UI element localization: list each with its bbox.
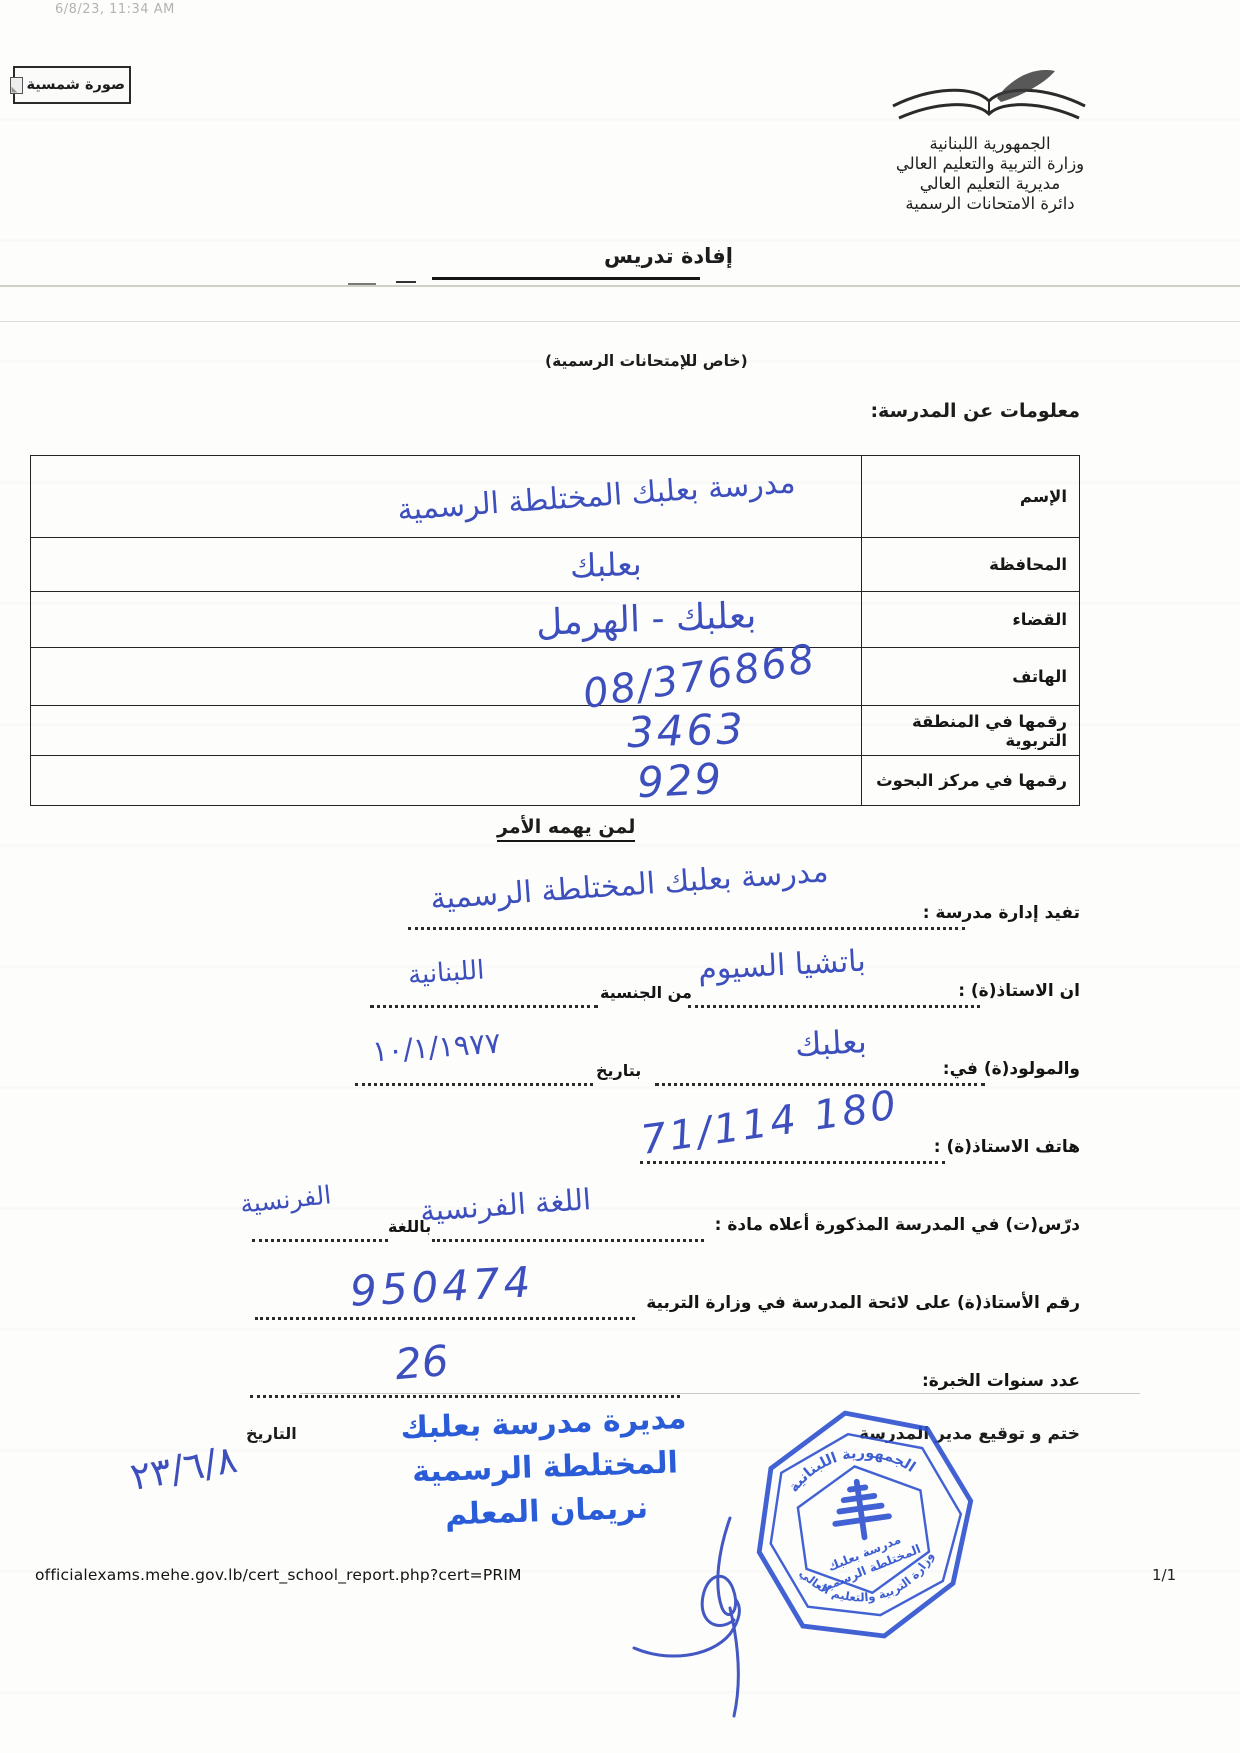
school-info-table: الإسم مدرسة بعلبك المختلطة الرسمية المحا… <box>30 455 1080 806</box>
row-value: 3463 <box>31 706 862 756</box>
handwritten-teacher-name: باتشيا السيوم <box>697 944 866 988</box>
row-value: مدرسة بعلبك المختلطة الرسمية <box>31 456 862 538</box>
handwritten-teacher-number: 950474 <box>349 1257 536 1316</box>
open-book-logo-icon <box>883 70 1098 130</box>
ministry-line: دائرة الامتحانات الرسمية <box>870 194 1110 214</box>
handwritten-value: بعلبك <box>570 544 643 584</box>
row-label: الهاتف <box>862 648 1080 706</box>
table-row: الهاتف 08/376868 <box>31 648 1080 706</box>
row-label: رقمها في مركز البحوث <box>862 756 1080 806</box>
form-label: هاتف الاستاذ(ة) : <box>934 1137 1080 1157</box>
dotted-line <box>355 1082 593 1086</box>
principal-signature <box>618 1512 793 1722</box>
scan-artifact-line <box>0 285 1240 287</box>
school-info-heading: معلومات عن المدرسة: <box>870 400 1080 422</box>
handwritten-subject: اللغة الفرنسية <box>419 1182 592 1228</box>
dotted-line <box>640 1160 945 1164</box>
title-dash <box>396 281 416 283</box>
dotted-line <box>252 1238 388 1242</box>
dotted-line <box>655 1082 985 1086</box>
handwritten-value: مدرسة بعلبك المختلطة الرسمية <box>396 465 796 528</box>
row-value: 929 <box>31 756 862 806</box>
dotted-line <box>688 1004 980 1008</box>
form-mid-label: من الجنسية <box>600 983 692 1002</box>
form-label: درّس(ت) في المدرسة المذكورة أعلاه مادة : <box>715 1215 1080 1235</box>
row-value: بعلبك <box>31 538 862 592</box>
row-label: القضاء <box>862 592 1080 648</box>
dotted-line <box>408 926 965 930</box>
handwritten-teacher-phone: 71/114 180 <box>638 1082 902 1164</box>
form-label: رقم الأستاذ(ة) على لائحة المدرسة في وزار… <box>646 1293 1080 1313</box>
form-label: تفيد إدارة مدرسة : <box>923 903 1080 923</box>
broken-image-icon <box>10 77 23 94</box>
handwritten-language: الفرنسية <box>239 1180 333 1218</box>
ministry-line: مديرية التعليم العالي <box>870 174 1110 194</box>
page-number: 1/1 <box>1152 1566 1176 1584</box>
to-whom-heading: لمن يهمه الأمر <box>497 816 635 842</box>
ministry-line: الجمهورية اللبنانية <box>870 134 1110 154</box>
document-subtitle: (خاص للإمتحانات الرسمية) <box>545 352 748 370</box>
dotted-line <box>432 1238 704 1242</box>
row-label: المحافظة <box>862 538 1080 592</box>
document-title: إفادة تدريس <box>604 244 733 268</box>
row-value: بعلبك - الهرمل <box>31 592 862 648</box>
handwritten-value: 3463 <box>626 704 747 757</box>
handwritten-nationality: اللبنانية <box>407 955 485 990</box>
photo-placeholder-box: صورة شمسية <box>13 66 131 104</box>
ministry-line: وزارة التربية والتعليم العالي <box>870 154 1110 174</box>
date-label: التاريخ <box>246 1424 297 1443</box>
handwritten-birthplace: بعلبك <box>794 1022 867 1064</box>
dotted-line <box>370 1004 598 1008</box>
handwritten-years-experience: 26 <box>393 1336 451 1389</box>
table-row: المحافظة بعلبك <box>31 538 1080 592</box>
handwritten-value: 929 <box>636 754 725 807</box>
table-row: القضاء بعلبك - الهرمل <box>31 592 1080 648</box>
form-mid-label: بتاريخ <box>596 1061 641 1080</box>
scan-artifact-line <box>0 321 1240 322</box>
photo-placeholder-label: صورة شمسية <box>26 77 125 93</box>
row-label: رقمها في المنطقة التربوية <box>862 706 1080 756</box>
handwritten-value: بعلبك - الهرمل <box>535 595 757 644</box>
dotted-line <box>255 1316 635 1320</box>
footer-url: officialexams.mehe.gov.lb/cert_school_re… <box>35 1566 522 1584</box>
title-underline <box>432 277 700 280</box>
table-row: الإسم مدرسة بعلبك المختلطة الرسمية <box>31 456 1080 538</box>
scanned-teaching-certificate: 6/8/23, 11:34 AM صورة شمسية الجمهورية ال… <box>0 0 1240 1753</box>
handwritten-date: ٢٣/٦/٨ <box>127 1437 240 1499</box>
form-label: عدد سنوات الخبرة: <box>922 1371 1080 1391</box>
ministry-header: الجمهورية اللبنانية وزارة التربية والتعل… <box>870 70 1110 214</box>
row-value: 08/376868 <box>31 648 862 706</box>
table-row: رقمها في مركز البحوث 929 <box>31 756 1080 806</box>
handwritten-birthdate: ١٠/١/١٩٧٧ <box>371 1026 502 1069</box>
table-row: رقمها في المنطقة التربوية 3463 <box>31 706 1080 756</box>
handwritten-school-name: مدرسة بعلبك المختلطة الرسمية <box>429 854 829 917</box>
print-timestamp: 6/8/23, 11:34 AM <box>55 2 175 17</box>
row-label: الإسم <box>862 456 1080 538</box>
form-label: ان الاستاذ(ة) : <box>958 981 1080 1001</box>
dotted-line <box>250 1394 680 1398</box>
form-label: والمولود(ة) في: <box>943 1059 1080 1079</box>
